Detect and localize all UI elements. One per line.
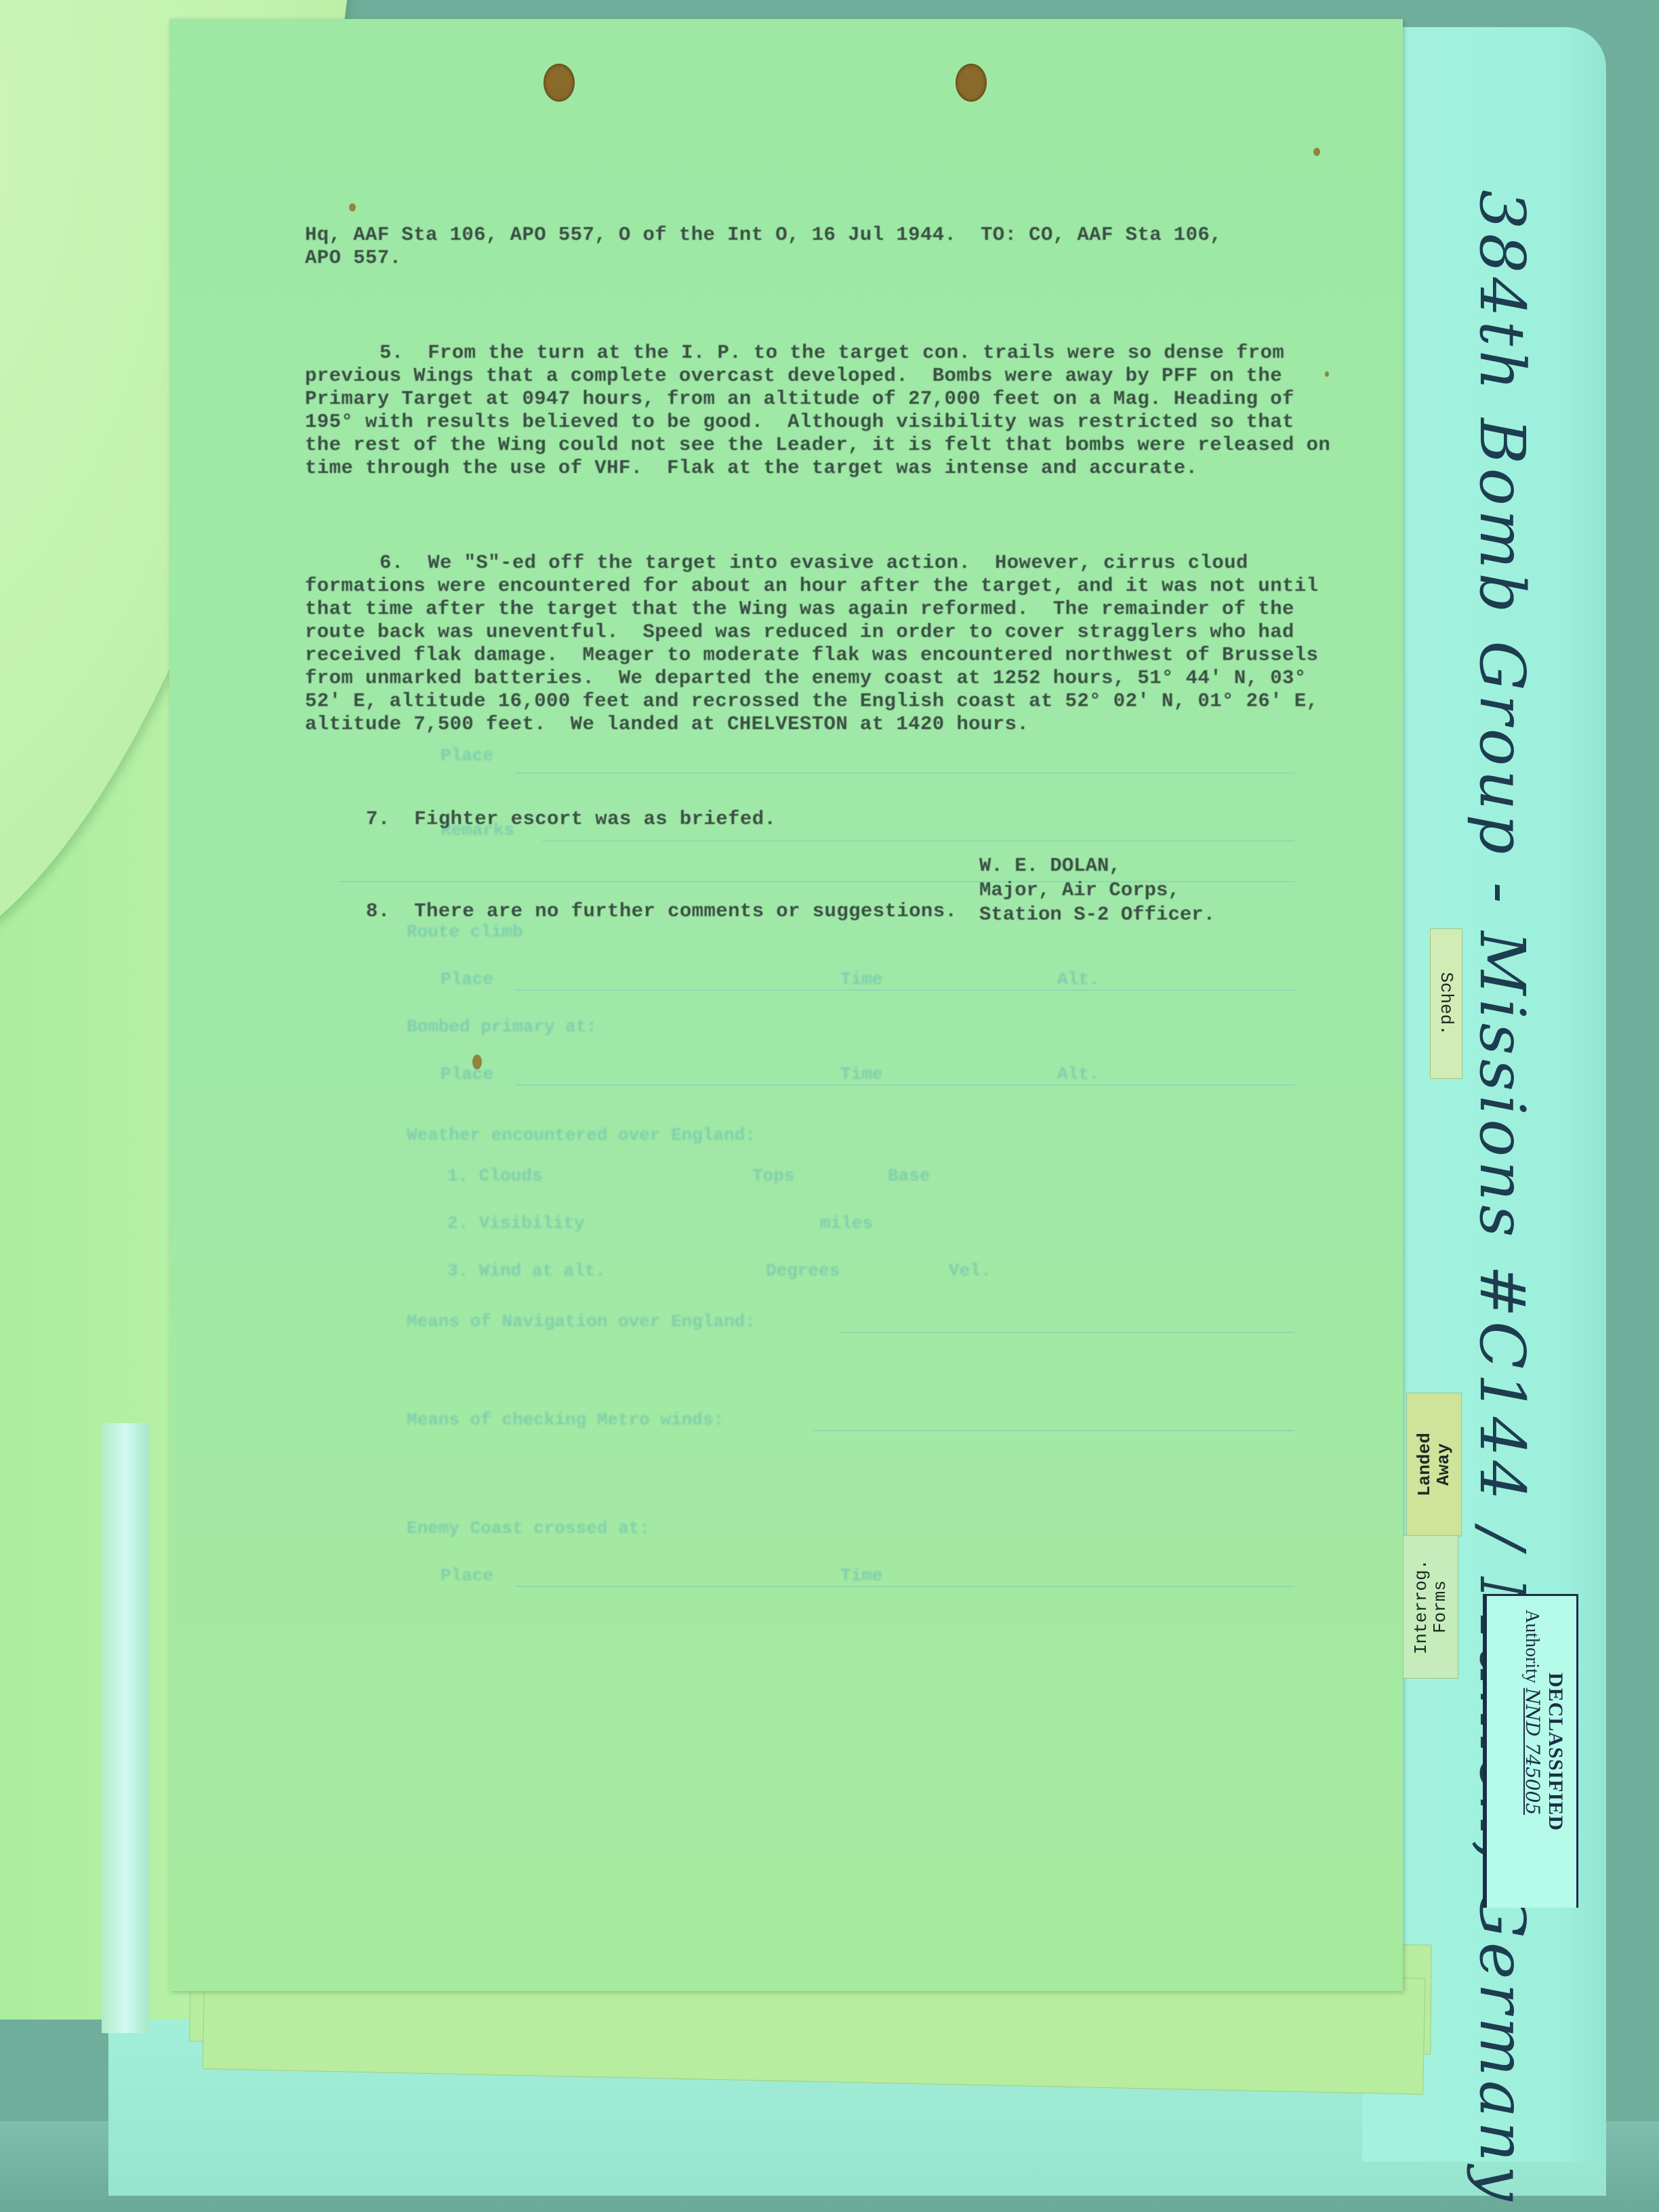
paragraph-5: 5. From the turn at the I. P. to the tar… xyxy=(305,342,1335,480)
stain-speck xyxy=(349,203,356,211)
bleed-label: 1. Clouds xyxy=(447,1166,542,1186)
bleed-label: Time xyxy=(840,1565,882,1586)
document-body: Hq, AAF Sta 106, APO 557, O of the Int O… xyxy=(305,178,1335,969)
bleed-label: Place xyxy=(441,969,493,989)
signer-title: Station S-2 Officer. xyxy=(979,903,1215,927)
stain-speck xyxy=(1313,148,1320,156)
tab-interrog-forms[interactable]: Interrog. Forms xyxy=(1403,1535,1458,1679)
signature-block: W. E. DOLAN, Major, Air Corps, Station S… xyxy=(979,854,1215,927)
signer-name: W. E. DOLAN, xyxy=(979,854,1215,878)
signer-rank: Major, Air Corps, xyxy=(979,878,1215,903)
item-7: 7. Fighter escort was as briefed. xyxy=(366,808,1335,831)
bleed-label: 3. Wind at alt. xyxy=(447,1261,606,1281)
punch-hole xyxy=(544,64,575,102)
bleed-label: Time xyxy=(840,1064,882,1084)
paragraph-6: 6. We "S"-ed off the target into evasive… xyxy=(305,552,1335,736)
bleed-label: Tops xyxy=(752,1166,794,1186)
bleed-label: Bombed primary at: xyxy=(407,1017,597,1037)
bleed-label: 2. Visibility xyxy=(447,1213,585,1233)
bleed-label: Alt. xyxy=(1057,1064,1099,1084)
bleed-label: miles xyxy=(820,1213,873,1233)
bleed-label: Means of Navigation over England: xyxy=(407,1311,756,1332)
bleed-label: Degrees xyxy=(766,1261,840,1281)
punch-hole xyxy=(956,64,987,102)
bleed-label: Means of checking Metro winds: xyxy=(407,1410,724,1430)
declassified-stamp: DECLASSIFIED Authority NND 745005 xyxy=(1483,1594,1578,1908)
declassified-title: DECLASSIFIED xyxy=(1544,1610,1567,1894)
binding-spine xyxy=(102,1423,149,2033)
stain-speck xyxy=(1325,371,1329,377)
bleed-label: Time xyxy=(840,969,882,989)
stain-speck xyxy=(472,1054,482,1069)
bleed-label: Place xyxy=(441,1565,493,1586)
tab-landed-away[interactable]: Landed Away xyxy=(1406,1393,1462,1536)
bleed-label: Alt. xyxy=(1057,969,1099,989)
bleed-label: Base xyxy=(888,1166,930,1186)
bleed-label: Place xyxy=(441,1064,493,1084)
bleed-label: Weather encountered over England: xyxy=(407,1125,756,1145)
header-line: Hq, AAF Sta 106, APO 557, O of the Int O… xyxy=(305,224,1335,270)
bleed-label: Vel. xyxy=(949,1261,991,1281)
folder-handwritten-label: 384th Bomb Group - Missions #C144 / Muni… xyxy=(1457,190,1538,1545)
declassified-authority: Authority NND 745005 xyxy=(1521,1610,1544,1894)
bleed-label: Enemy Coast crossed at: xyxy=(407,1518,650,1538)
